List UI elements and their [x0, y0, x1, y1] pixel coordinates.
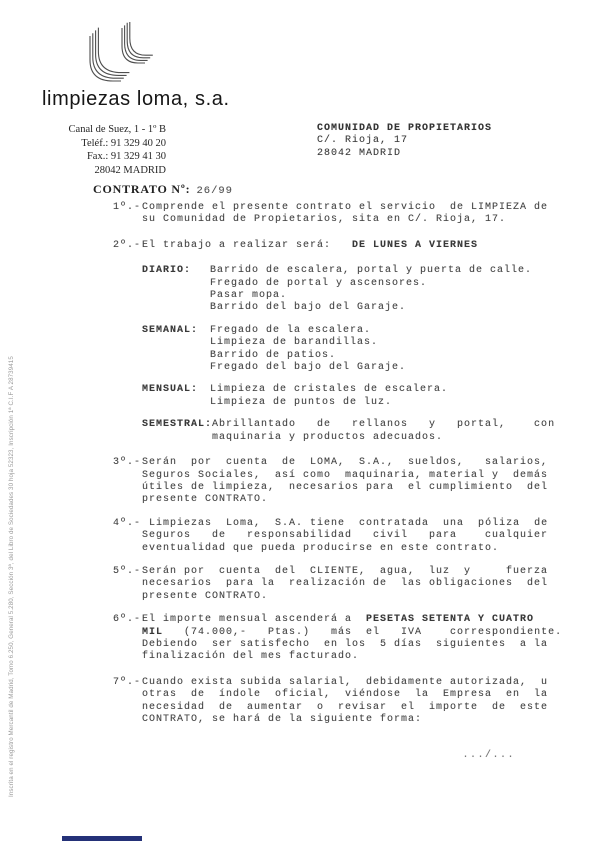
- clause-number: 7º.-: [113, 677, 142, 727]
- clause-4: 4º.- Limpiezas Loma, S.A. tiene contrata…: [113, 518, 563, 555]
- clause-text-rest: (74.000,- Ptas.) más el IVA correspondie…: [142, 627, 562, 663]
- clause-5: 5º.-Serán por cuenta del CLIENTE, agua, …: [113, 566, 563, 603]
- schedule-semestral: SEMESTRAL:Abrillantado de rellanos y por…: [142, 419, 563, 444]
- clause-text: Serán por cuenta del CLIENTE, agua, luz …: [142, 566, 563, 603]
- schedule-items: Limpieza de cristales de escalera. Limpi…: [210, 384, 448, 409]
- address-line: 28042 MADRID: [38, 164, 166, 178]
- company-name: limpiezas loma, s.a.: [42, 88, 230, 111]
- clause-text: Cuando exista subida salarial, debidamen…: [142, 677, 563, 727]
- clause-number: 3º.-: [113, 457, 142, 507]
- contract-body: 1º.-Comprende el presente contrato el se…: [113, 202, 563, 763]
- loma-logo-svg: [62, 22, 160, 98]
- clause-2: 2º.-El trabajo a realizar será: DE LUNES…: [113, 240, 563, 252]
- address-line: Canal de Suez, 1 - 1º B: [38, 123, 166, 137]
- recipient-name: COMUNIDAD DE PROPIETARIOS: [317, 123, 492, 135]
- schedule-items: Fregado de la escalera. Limpieza de bara…: [210, 325, 406, 375]
- schedule-items: Abrillantado de rellanos y portal, con m…: [212, 419, 555, 444]
- contract-number-line: CONTRATO Nº:26/99: [93, 180, 233, 198]
- clause-1: 1º.-Comprende el presente contrato el se…: [113, 202, 563, 227]
- clause-text-bold: PESETAS SETENTA Y CUATRO: [366, 614, 534, 625]
- schedule-label: DIARIO:: [142, 265, 210, 315]
- schedule-items: Barrido de escalera, portal y puerta de …: [210, 265, 532, 315]
- contract-number: 26/99: [196, 185, 233, 197]
- clause-number: 1º.-: [113, 202, 142, 227]
- clause-text: Limpiezas Loma, S.A. tiene contratada un…: [142, 518, 563, 555]
- continuation-mark: .../...: [113, 750, 563, 762]
- bottom-accent-bar: [62, 836, 142, 841]
- schedule-label: MENSUAL:: [142, 384, 210, 409]
- recipient-address-line: C/. Rioja, 17: [317, 135, 492, 147]
- clause-number: 6º.-: [113, 614, 142, 664]
- clause-number: 2º.-: [113, 240, 142, 252]
- registry-note: Inscrita en el registro Mercantil de Mad…: [8, 356, 15, 797]
- company-address: Canal de Suez, 1 - 1º B Teléf.: 91 329 4…: [38, 123, 166, 177]
- clause-text-bold: DE LUNES A VIERNES: [352, 240, 478, 251]
- clause-number: 5º.-: [113, 566, 142, 603]
- schedule-diario: DIARIO:Barrido de escalera, portal y pue…: [142, 265, 563, 315]
- clause-7: 7º.-Cuando exista subida salarial, debid…: [113, 677, 563, 727]
- recipient-block: COMUNIDAD DE PROPIETARIOS C/. Rioja, 17 …: [317, 123, 492, 160]
- clause-3: 3º.-Serán por cuenta de LOMA, S.A., suel…: [113, 457, 563, 507]
- schedule-mensual: MENSUAL:Limpieza de cristales de escaler…: [142, 384, 563, 409]
- schedule-label: SEMESTRAL:: [142, 419, 212, 444]
- clause-text: El importe mensual ascenderá a PESETAS S…: [142, 614, 563, 664]
- address-line: Fax.: 91 329 41 30: [38, 150, 166, 164]
- contract-page: Inscrita en el registro Mercantil de Mad…: [0, 0, 595, 841]
- clause-text: Serán por cuenta de LOMA, S.A., sueldos,…: [142, 457, 563, 507]
- clause-6: 6º.-El importe mensual ascenderá a PESET…: [113, 614, 563, 664]
- clause-text-lead: El trabajo a realizar será:: [142, 240, 352, 251]
- clause-text-lead: El importe mensual ascenderá a: [142, 614, 366, 625]
- clause-number: 4º.-: [113, 518, 142, 555]
- schedule-semanal: SEMANAL:Fregado de la escalera. Limpieza…: [142, 325, 563, 375]
- schedule-label: SEMANAL:: [142, 325, 210, 375]
- clause-text: Comprende el presente contrato el servic…: [142, 202, 563, 227]
- address-line: Teléf.: 91 329 40 20: [38, 137, 166, 151]
- recipient-address-line: 28042 MADRID: [317, 148, 492, 160]
- contract-label: CONTRATO Nº:: [93, 182, 190, 196]
- clause-text: El trabajo a realizar será: DE LUNES A V…: [142, 240, 563, 252]
- clause-text-bold: MIL: [142, 627, 163, 638]
